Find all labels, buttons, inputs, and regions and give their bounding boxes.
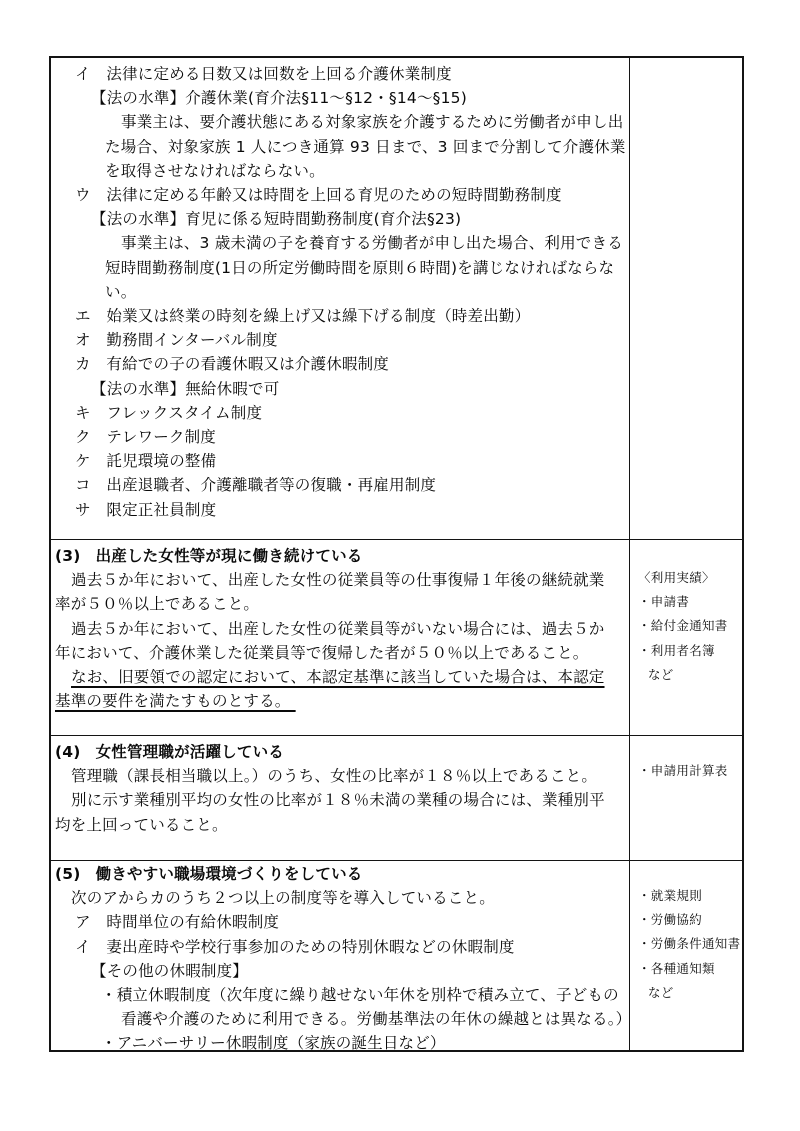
law-standard-note: 【法の水準】育児に係る短時間勤務制度(育介法§23) [55, 207, 627, 231]
criterion-continuation-cell: イ 法律に定める日数又は回数を上回る介護休業制度 【法の水準】介護休業(育介法§… [51, 58, 629, 539]
evidence-list-item: ・利用者名簿 [638, 639, 740, 663]
bullet-continuation-line: 看護や介護のために利用できる。労働基準法の年休の繰越とは異なる。） [55, 1007, 627, 1031]
evidence-cell-empty [629, 58, 742, 539]
text-line: い。 [55, 280, 627, 304]
criterion-title: 働きやすい職場環境づくりをしている [96, 865, 363, 883]
list-item-ko: コ 出産退職者、介護離職者等の復職・再雇用制度 [55, 473, 627, 497]
evidence-list-item: ・申請書 [638, 590, 740, 614]
text-line: た場合、対象家族 1 人につき通算 93 日まで、3 回まで分割して介護休業 [55, 135, 627, 159]
criterion-number: (5) [55, 865, 81, 883]
criterion-4-cell: (4)女性管理職が活躍している 管理職（課長相当職以上。）のうち、女性の比率が１… [51, 736, 629, 860]
criterion-3-heading: (3)出産した女性等が現に働き続けている [55, 544, 627, 568]
text-line: 管理職（課長相当職以上。）のうち、女性の比率が１８％以上であること。 [55, 764, 627, 788]
text-line: 年において、介護休業した従業員等で復帰した者が５０％以上であること。 [55, 641, 627, 665]
bullet-line: ・アニバーサリー休暇制度（家族の誕生日など） [55, 1031, 627, 1050]
evidence-list-item: ・労働協約 [638, 908, 740, 932]
list-item-sa: サ 限定正社員制度 [55, 498, 627, 522]
text-line: 過去５か年において、出産した女性の従業員等がいない場合には、過去５か [55, 617, 627, 641]
evidence-list-etc: など [638, 663, 740, 687]
underlined-note-line: なお、旧要領での認定において、本認定基準に該当していた場合は、本認定 [55, 665, 627, 689]
criterion-4-heading: (4)女性管理職が活躍している [55, 740, 627, 764]
list-item-e: エ 始業又は終業の時刻を繰上げ又は繰下げる制度（時差出勤） [55, 304, 627, 328]
criterion-number: (4) [55, 743, 81, 761]
criterion-5-heading: (5)働きやすい職場環境づくりをしている [55, 862, 627, 886]
text-line: 事業主は、3 歳未満の子を養育する労働者が申し出た場合、利用できる [55, 231, 627, 255]
list-item-i: イ 妻出産時や学校行事参加のための特別休暇などの休暇制度 [55, 935, 627, 959]
evidence-cell-3: 〈利用実績〉 ・申請書 ・給付金通知書 ・利用者名簿 など [629, 540, 742, 735]
evidence-list-item: ・給付金通知書 [638, 614, 740, 638]
criterion-number: (3) [55, 547, 81, 565]
criterion-title: 出産した女性等が現に働き続けている [96, 547, 363, 565]
list-item-i: イ 法律に定める日数又は回数を上回る介護休業制度 [55, 62, 627, 86]
text-line: を取得させなければならない。 [55, 159, 627, 183]
evidence-list-etc: など [638, 981, 740, 1005]
law-standard-note: 【法の水準】無給休暇で可 [55, 377, 627, 401]
underlined-note-line: 基準の要件を満たすものとする。 [55, 689, 627, 713]
text-line: 別に示す業種別平均の女性の比率が１８％未満の業種の場合には、業種別平 [55, 788, 627, 812]
list-item-ka: カ 有給での子の看護休暇又は介護休暇制度 [55, 352, 627, 376]
document-page: イ 法律に定める日数又は回数を上回る介護休業制度 【法の水準】介護休業(育介法§… [0, 0, 800, 1131]
table-row-criterion-5: (5)働きやすい職場環境づくりをしている 次のアからカのうち２つ以上の制度等を導… [51, 860, 742, 1050]
law-standard-note: 【法の水準】介護休業(育介法§11～§12・§14～§15) [55, 86, 627, 110]
evidence-list-item: ・就業規則 [638, 884, 740, 908]
list-item-o: オ 勤務間インターバル制度 [55, 328, 627, 352]
criterion-5-cell: (5)働きやすい職場環境づくりをしている 次のアからカのうち２つ以上の制度等を導… [51, 861, 629, 1050]
text-line: 事業主は、要介護状態にある対象家族を介護するために労働者が申し出 [55, 110, 627, 134]
criterion-3-cell: (3)出産した女性等が現に働き続けている 過去５か年において、出産した女性の従業… [51, 540, 629, 735]
text-line: 過去５か年において、出産した女性の従業員等の仕事復帰１年後の継続就業 [55, 568, 627, 592]
criterion-title: 女性管理職が活躍している [96, 743, 284, 761]
text-line: 均を上回っていること。 [55, 813, 627, 837]
text-line: 次のアからカのうち２つ以上の制度等を導入していること。 [55, 886, 627, 910]
evidence-list-item: ・労働条件通知書 [638, 932, 740, 956]
bullet-line: ・積立休暇制度（次年度に繰り越せない年休を別枠で積み立て、子どもの [55, 983, 627, 1007]
table-row-criterion-4: (4)女性管理職が活躍している 管理職（課長相当職以上。）のうち、女性の比率が１… [51, 735, 742, 860]
criteria-table: イ 法律に定める日数又は回数を上回る介護休業制度 【法の水準】介護休業(育介法§… [49, 56, 744, 1052]
list-item-ki: キ フレックスタイム制度 [55, 401, 627, 425]
evidence-cell-5: ・就業規則 ・労働協約 ・労働条件通知書 ・各種通知類 など [629, 861, 742, 1050]
evidence-list-title: 〈利用実績〉 [638, 566, 740, 590]
other-leave-note: 【その他の休暇制度】 [55, 959, 627, 983]
text-line: 率が５０％以上であること。 [55, 592, 627, 616]
list-item-a: ア 時間単位の有給休暇制度 [55, 910, 627, 934]
list-item-ke: ケ 託児環境の整備 [55, 449, 627, 473]
evidence-list-item: ・申請用計算表 [638, 759, 740, 783]
table-row-criterion-3: (3)出産した女性等が現に働き続けている 過去５か年において、出産した女性の従業… [51, 539, 742, 735]
list-item-u: ウ 法律に定める年齢又は時間を上回る育児のための短時間勤務制度 [55, 183, 627, 207]
evidence-list-item: ・各種通知類 [638, 957, 740, 981]
table-row-continuation: イ 法律に定める日数又は回数を上回る介護休業制度 【法の水準】介護休業(育介法§… [51, 58, 742, 539]
text-line: 短時間勤務制度(1日の所定労働時間を原則６時間)を講じなければならな [55, 256, 627, 280]
list-item-ku: ク テレワーク制度 [55, 425, 627, 449]
evidence-cell-4: ・申請用計算表 [629, 736, 742, 860]
